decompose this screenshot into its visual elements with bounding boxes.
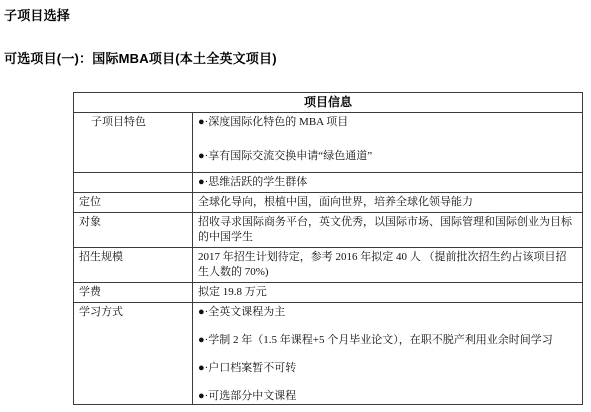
row-value: ●·全英文课程为主 ●·学制 2 年（1.5 年课程+5 个月毕业论文），在职不… [193,303,583,405]
row-label: 招生规模 [74,248,193,283]
table-header: 项目信息 [74,93,583,113]
page-title: 子项目选择 [4,5,70,24]
row-label: 定位 [74,193,193,213]
row-value: ●·深度国际化特色的 MBA 项目 ●·享有国际交流交换申请“绿色通道” [193,113,583,173]
row-label: 学习方式 [74,303,193,405]
bullet-item: ●·学制 2 年（1.5 年课程+5 个月毕业论文），在职不脱产利用业余时间学习 [198,333,577,348]
bullet-item: ●·户口档案暂不可转 [198,361,577,376]
table-row: 定位 全球化导向，根植中国，面向世界，培养全球化领导能力 [74,193,583,213]
row-value: 招收寻求国际商务平台，英文优秀，以国际市场、国际管理和国际创业为目标的中国学生 [193,213,583,248]
bullet-item: ●·思维活跃的学生群体 [198,175,577,190]
row-value: 全球化导向，根植中国，面向世界，培养全球化领导能力 [193,193,583,213]
row-label [74,173,193,193]
bullet-item: ●·深度国际化特色的 MBA 项目 [198,115,577,130]
row-value: 拟定 19.8 万元 [193,283,583,303]
row-label: 学费 [74,283,193,303]
table-row: 招生规模 2017 年招生计划待定，参考 2016 年拟定 40 人 （提前批次… [74,248,583,283]
row-value: 2017 年招生计划待定，参考 2016 年拟定 40 人 （提前批次招生约占该… [193,248,583,283]
table-row: ●·思维活跃的学生群体 [74,173,583,193]
section-subtitle: 可选项目(一)：国际MBA项目(本土全英文项目) [4,48,277,67]
row-label: 子项目特色 [74,113,193,173]
row-label: 对象 [74,213,193,248]
table-header-row: 项目信息 [74,93,583,113]
row-value: ●·思维活跃的学生群体 [193,173,583,193]
table-row: 子项目特色 ●·深度国际化特色的 MBA 项目 ●·享有国际交流交换申请“绿色通… [74,113,583,173]
bullet-item: ●·享有国际交流交换申请“绿色通道” [198,149,577,164]
table-row: 学费 拟定 19.8 万元 [74,283,583,303]
bullet-item: ●·全英文课程为主 [198,305,577,320]
program-info-table: 项目信息 子项目特色 ●·深度国际化特色的 MBA 项目 ●·享有国际交流交换申… [73,92,583,405]
table-row: 对象 招收寻求国际商务平台，英文优秀，以国际市场、国际管理和国际创业为目标的中国… [74,213,583,248]
bullet-item: ●·可选部分中文课程 [198,389,577,404]
table-row: 学习方式 ●·全英文课程为主 ●·学制 2 年（1.5 年课程+5 个月毕业论文… [74,303,583,405]
